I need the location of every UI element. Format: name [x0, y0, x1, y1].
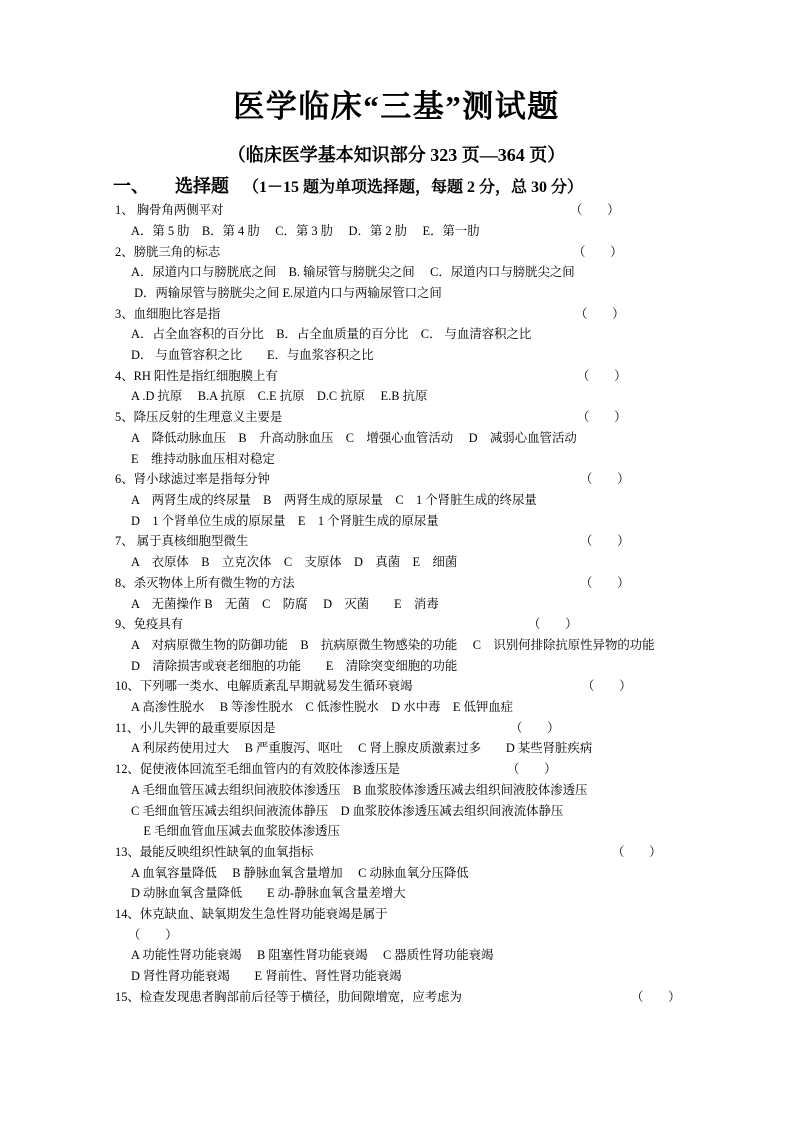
question-4-stem-line: 4、RH 阳性是指红细胞膜上有（ ）: [113, 366, 680, 387]
question-7-stem-line: 7、 属于真核细胞型微生（ ）: [113, 531, 680, 552]
question-10: 10、下列哪一类水、电解质紊乱早期就易发生循环衰竭（ ）A 高渗性脱水 B 等渗…: [113, 676, 680, 717]
question-2: 2、膀胱三角的标志（ ）A．尿道内口与膀胱底之间 B. 输尿管与膀胱尖之间 C．…: [113, 242, 680, 304]
question-15-answer-blank: （ ）: [631, 987, 681, 1008]
question-6-stem: 肾小球滤过率是指每分钟: [134, 472, 270, 486]
question-5-options-line-2: E 维持动脉血压相对稳定: [113, 449, 680, 470]
question-8-stem: 杀灭物体上所有微生物的方法: [134, 576, 295, 590]
question-13: 13、最能反映组织性缺氧的血氧指标（ ）A 血氧容量降低 B 静脉血氧含量增加 …: [113, 842, 680, 904]
question-5-answer-blank: （ ）: [577, 407, 627, 428]
question-14-number: 14、: [113, 907, 140, 921]
question-4-number: 4、: [113, 369, 134, 383]
question-10-answer-blank: （ ）: [582, 676, 632, 697]
question-1-options-line-1: A．第 5 肋 B．第 4 肋 C．第 3 肋 D．第 2 肋 E．第一肋: [113, 221, 680, 242]
question-11: 11、小儿失钾的最重要原因是（ ）A 利尿药使用过大 B 严重腹泻、呕吐 C 肾…: [113, 718, 680, 759]
question-3-options-line-2: D． 与血管容积之比 E．与血浆容积之比: [113, 345, 680, 366]
question-12-options-line-2: C 毛细血管压减去组织间液流体静压 D 血浆胶体渗透压减去组织间液流体静压: [113, 801, 680, 822]
question-2-number: 2、: [113, 245, 134, 259]
question-15-stem: 检查发现患者胸部前后径等于横径，肋间隙增宽，应考虑为: [140, 990, 462, 1004]
question-2-stem: 膀胱三角的标志: [134, 245, 221, 259]
question-1: 1、 胸骨角两侧平对（ ）A．第 5 肋 B．第 4 肋 C．第 3 肋 D．第…: [113, 200, 680, 241]
question-9-stem: 免疫具有: [134, 617, 184, 631]
question-5-stem: 降压反射的生理意义主要是: [134, 410, 283, 424]
question-9: 9、免疫具有（ ）A 对病原微生物的防御功能 B 抗病原微生物感染的功能 C 识…: [113, 614, 680, 676]
question-13-options-line-2: D 动脉血氧含量降低 E 动-静脉血氧含量差增大: [113, 883, 680, 904]
document-title: 医学临床“三基”测试题: [113, 88, 680, 127]
question-11-options-line-1: A 利尿药使用过大 B 严重腹泻、呕吐 C 肾上腺皮质激素过多 D 某些肾脏疾病: [113, 738, 680, 759]
exam-document-page: 医学临床“三基”测试题 （临床医学基本知识部分 323 页—364 页） 一、选…: [0, 0, 794, 1123]
question-10-stem: 下列哪一类水、电解质紊乱早期就易发生循环衰竭: [140, 679, 413, 693]
question-7-stem: 属于真核细胞型微生: [134, 534, 249, 548]
question-15-stem-line: 15、检查发现患者胸部前后径等于横径，肋间隙增宽，应考虑为（ ）: [113, 987, 680, 1008]
question-8-answer-blank: （ ）: [580, 573, 630, 594]
question-9-answer-blank: （ ）: [528, 614, 578, 635]
question-7: 7、 属于真核细胞型微生（ ）A 衣原体 B 立克次体 C 支原体 D 真菌 E…: [113, 531, 680, 572]
question-12: 12、促使液体回流至毛细血管内的有效胶体渗透压是（ ）A 毛细血管压减去组织间液…: [113, 759, 680, 842]
question-13-options-line-1: A 血氧容量降低 B 静脉血氧含量增加 C 动脉血氧分压降低: [113, 863, 680, 884]
questions-list: 1、 胸骨角两侧平对（ ）A．第 5 肋 B．第 4 肋 C．第 3 肋 D．第…: [113, 200, 680, 1007]
question-10-options-line-1: A 高渗性脱水 B 等渗性脱水 C 低渗性脱水 D 水中毒 E 低钾血症: [113, 697, 680, 718]
question-7-answer-blank: （ ）: [580, 531, 630, 552]
question-2-answer-blank: （ ）: [573, 242, 623, 263]
question-13-number: 13、: [113, 845, 140, 859]
question-6-options-line-1: A 两肾生成的终尿量 B 两肾生成的原尿量 C 1 个肾脏生成的终尿量: [113, 490, 680, 511]
question-13-stem: 最能反映组织性缺氧的血氧指标: [140, 845, 313, 859]
question-9-stem-line: 9、免疫具有（ ）: [113, 614, 680, 635]
question-9-options-line-1: A 对病原微生物的防御功能 B 抗病原微生物感染的功能 C 识别何排除抗原性异物…: [113, 635, 680, 656]
question-12-stem: 促使液体回流至毛细血管内的有效胶体渗透压是: [140, 762, 400, 776]
question-13-answer-blank: （ ）: [612, 842, 662, 863]
question-10-number: 10、: [113, 679, 140, 693]
question-15: 15、检查发现患者胸部前后径等于横径，肋间隙增宽，应考虑为（ ）: [113, 987, 680, 1008]
question-14-options-line-1: A 功能性肾功能衰竭 B 阻塞性肾功能衰竭 C 器质性肾功能衰竭: [113, 945, 680, 966]
question-14: 14、休克缺血、缺氧期发生急性肾功能衰竭是属于（ ）A 功能性肾功能衰竭 B 阻…: [113, 904, 680, 987]
question-14-stem-line: 14、休克缺血、缺氧期发生急性肾功能衰竭是属于: [113, 904, 680, 925]
question-9-number: 9、: [113, 617, 134, 631]
question-14-options-line-2: D 肾性肾功能衰竭 E 肾前性、肾性肾功能衰竭: [113, 966, 680, 987]
question-3-stem-line: 3、血细胞比容是指（ ）: [113, 304, 680, 325]
question-6-number: 6、: [113, 472, 134, 486]
question-1-answer-blank: （ ）: [570, 200, 620, 221]
question-11-stem: 小儿失钾的最重要原因是: [139, 721, 275, 735]
question-6-answer-blank: （ ）: [580, 469, 630, 490]
question-11-number: 11、: [113, 721, 139, 735]
question-2-options-line-2: D．两输尿管与膀胱尖之间 E.尿道内口与两输尿管口之间: [113, 283, 680, 304]
question-1-stem-line: 1、 胸骨角两侧平对（ ）: [113, 200, 680, 221]
question-12-stem-line: 12、促使液体回流至毛细血管内的有效胶体渗透压是（ ）: [113, 759, 680, 780]
question-1-stem: 胸骨角两侧平对: [134, 203, 224, 217]
question-8: 8、杀灭物体上所有微生物的方法（ ）A 无菌操作 B 无菌 C 防腐 D 灭菌 …: [113, 573, 680, 614]
question-13-stem-line: 13、最能反映组织性缺氧的血氧指标（ ）: [113, 842, 680, 863]
question-12-options-line-3: E 毛细血管血压减去血浆胶体渗透压: [113, 821, 680, 842]
question-7-number: 7、: [113, 534, 134, 548]
question-5-options-line-1: A 降低动脉血压 B 升高动脉血压 C 增强心血管活动 D 减弱心血管活动: [113, 428, 680, 449]
question-3-number: 3、: [113, 307, 134, 321]
question-6-options-line-2: D 1 个肾单位生成的原尿量 E 1 个肾脏生成的原尿量: [113, 511, 680, 532]
question-12-number: 12、: [113, 762, 140, 776]
section-heading: 一、选择题（1－15 题为单项选择题，每题 2 分，总 30 分）: [113, 176, 680, 198]
question-4: 4、RH 阳性是指红细胞膜上有（ ）A .D 抗原 B.A 抗原 C.E 抗原 …: [113, 366, 680, 407]
question-5: 5、降压反射的生理意义主要是（ ）A 降低动脉血压 B 升高动脉血压 C 增强心…: [113, 407, 680, 469]
question-6-stem-line: 6、肾小球滤过率是指每分钟（ ）: [113, 469, 680, 490]
question-14-answer-blank: （ ）: [113, 925, 680, 946]
question-8-stem-line: 8、杀灭物体上所有微生物的方法（ ）: [113, 573, 680, 594]
question-8-number: 8、: [113, 576, 134, 590]
question-2-stem-line: 2、膀胱三角的标志（ ）: [113, 242, 680, 263]
question-9-options-line-2: D 清除损害或衰老细胞的功能 E 清除突变细胞的功能: [113, 656, 680, 677]
question-6: 6、肾小球滤过率是指每分钟（ ）A 两肾生成的终尿量 B 两肾生成的原尿量 C …: [113, 469, 680, 531]
question-10-stem-line: 10、下列哪一类水、电解质紊乱早期就易发生循环衰竭（ ）: [113, 676, 680, 697]
document-subtitle: （临床医学基本知识部分 323 页—364 页）: [113, 144, 680, 167]
question-3-options-line-1: A．占全血容积的百分比 B．占全血质量的百分比 C． 与血清容积之比: [113, 324, 680, 345]
question-4-stem: RH 阳性是指红细胞膜上有: [134, 369, 278, 383]
question-5-number: 5、: [113, 410, 134, 424]
question-3: 3、血细胞比容是指（ ）A．占全血容积的百分比 B．占全血质量的百分比 C． 与…: [113, 304, 680, 366]
question-14-stem: 休克缺血、缺氧期发生急性肾功能衰竭是属于: [140, 907, 388, 921]
question-4-options-line-1: A .D 抗原 B.A 抗原 C.E 抗原 D.C 抗原 E.B 抗原: [113, 386, 680, 407]
question-3-stem: 血细胞比容是指: [134, 307, 221, 321]
question-12-answer-blank: （ ）: [507, 759, 557, 780]
section-index: 一、: [113, 176, 149, 196]
question-12-options-line-1: A 毛细血管压减去组织间液胶体渗透压 B 血浆胶体渗透压减去组织间液胶体渗透压: [113, 780, 680, 801]
question-15-number: 15、: [113, 990, 140, 1004]
section-label: 选择题: [175, 176, 229, 196]
question-2-options-line-1: A．尿道内口与膀胱底之间 B. 输尿管与膀胱尖之间 C．尿道内口与膀胱尖之间: [113, 262, 680, 283]
question-4-answer-blank: （ ）: [577, 366, 627, 387]
section-note: （1－15 题为单项选择题，每题 2 分，总 30 分）: [243, 179, 583, 196]
question-3-answer-blank: （ ）: [575, 304, 625, 325]
question-5-stem-line: 5、降压反射的生理意义主要是（ ）: [113, 407, 680, 428]
question-11-answer-blank: （ ）: [510, 718, 560, 739]
document-content: 医学临床“三基”测试题 （临床医学基本知识部分 323 页—364 页） 一、选…: [113, 0, 680, 1008]
question-1-number: 1、: [113, 203, 134, 217]
question-7-options-line-1: A 衣原体 B 立克次体 C 支原体 D 真菌 E 细菌: [113, 552, 680, 573]
question-8-options-line-1: A 无菌操作 B 无菌 C 防腐 D 灭菌 E 消毒: [113, 594, 680, 615]
question-11-stem-line: 11、小儿失钾的最重要原因是（ ）: [113, 718, 680, 739]
